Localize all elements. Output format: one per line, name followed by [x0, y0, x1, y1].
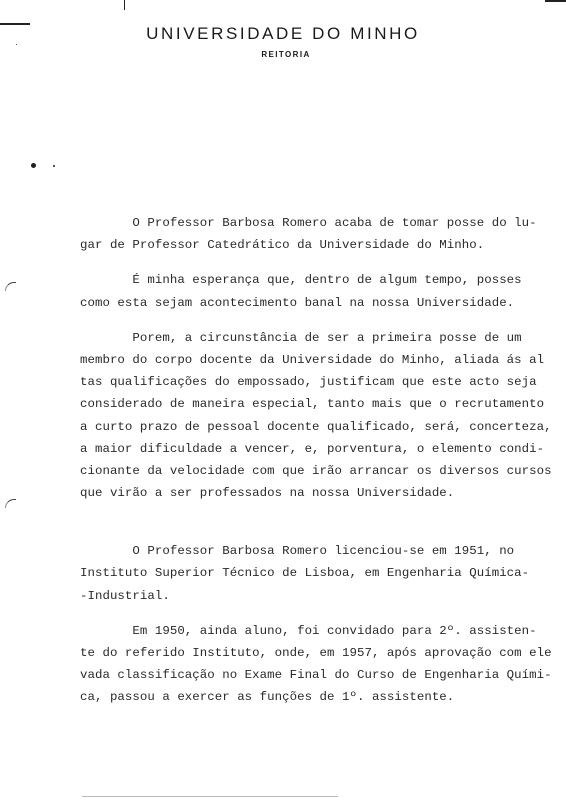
paragraph-5: Em 1950, ainda aluno, foi convidado para…: [80, 620, 550, 709]
paragraph-3: Porem, a circunstância de ser a primeira…: [80, 327, 550, 505]
letterhead-title: UNIVERSIDADE DO MINHO: [0, 24, 566, 44]
text-line: gar de Professor Catedrático da Universi…: [80, 234, 550, 256]
text-line: Instituto Superior Técnico de Lisboa, em…: [80, 562, 550, 584]
text-line: Em 1950, ainda aluno, foi convidado para…: [80, 620, 550, 642]
text-line: tas qualificações do empossado, justific…: [80, 371, 550, 393]
text-line: O Professor Barbosa Romero acaba de toma…: [80, 212, 550, 234]
letterhead-subtitle: REITORIA: [0, 50, 566, 59]
text-line: cionante da velocidade com que irão arra…: [80, 460, 550, 482]
text-line: -Industrial.: [80, 585, 550, 607]
scan-dot-small: [53, 165, 55, 167]
text-line: que virão a ser professados na nossa Uni…: [80, 482, 550, 504]
text-line: vada classificação no Exame Final do Cur…: [80, 664, 550, 686]
text-line: É minha esperança que, dentro de algum t…: [80, 269, 550, 291]
text-line: considerado de maneira especial, tanto m…: [80, 393, 550, 415]
text-line: ca, passou a exercer as funções de 1º. a…: [80, 686, 550, 708]
punch-hole-mark-lower: [5, 499, 16, 508]
text-line: te do referido Instituto, onde, em 1957,…: [80, 642, 550, 664]
paragraph-1: O Professor Barbosa Romero acaba de toma…: [80, 212, 550, 256]
letter-body: O Professor Barbosa Romero acaba de toma…: [80, 212, 550, 709]
text-line: como esta sejam acontecimento banal na n…: [80, 292, 550, 314]
scan-mark-top-right-bar: [545, 0, 566, 2]
punch-hole-mark-upper: [5, 282, 16, 291]
text-line: Porem, a circunstância de ser a primeira…: [80, 327, 550, 349]
document-page: UNIVERSIDADE DO MINHO REITORIA O Profess…: [0, 0, 566, 800]
text-line: a maior dificuldade a vencer, e, porvent…: [80, 438, 550, 460]
paragraph-2: É minha esperança que, dentro de algum t…: [80, 269, 550, 313]
text-line: membro do corpo docente da Universidade …: [80, 349, 550, 371]
text-line: a curto prazo de pessoal docente qualifi…: [80, 416, 550, 438]
scan-dot-tiny: [16, 44, 17, 45]
text-line: O Professor Barbosa Romero licenciou-se …: [80, 540, 550, 562]
scan-mark-top-vertical: [124, 0, 125, 10]
scan-edge-bottom: [82, 796, 338, 797]
paragraph-4: O Professor Barbosa Romero licenciou-se …: [80, 540, 550, 607]
scan-dot-large: [31, 163, 36, 168]
